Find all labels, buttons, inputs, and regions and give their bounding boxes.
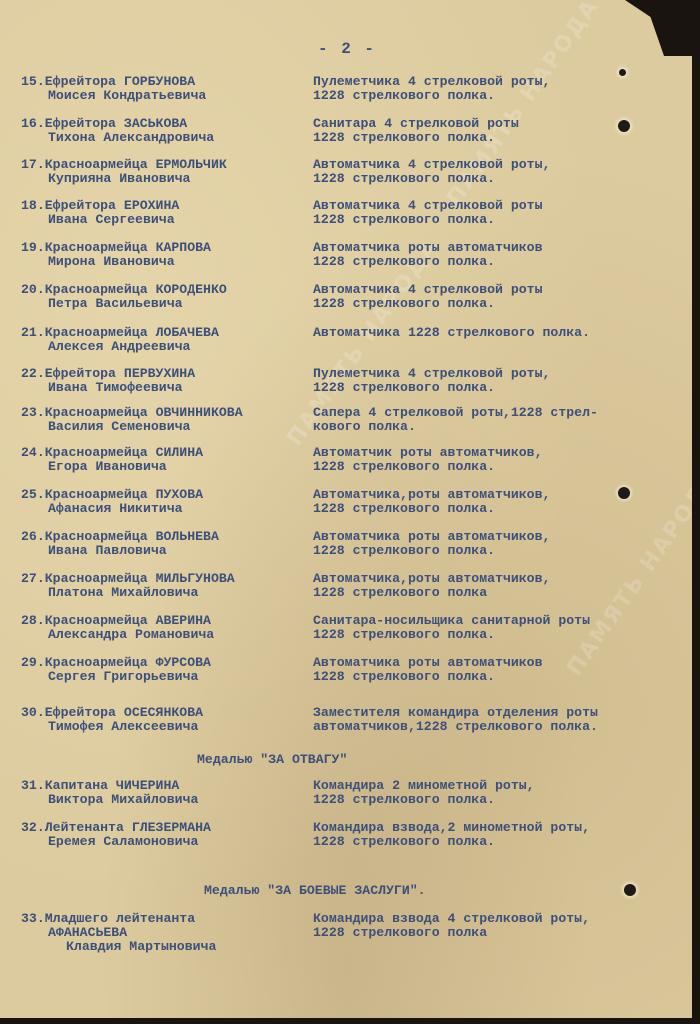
person-block: 26.Красноармейца ВОЛЬНЕВАИвана Павловича xyxy=(21,530,301,558)
given-name: Моисея Кондратьевича xyxy=(21,89,301,103)
rank: Красноармейца xyxy=(45,487,148,502)
person-block: 15.Ефрейтора ГОРБУНОВАМоисея Кондратьеви… xyxy=(21,75,301,103)
entry-number: 19. xyxy=(21,240,45,255)
given-name: Ивана Сергеевича xyxy=(21,213,301,227)
punch-hole xyxy=(624,884,636,896)
position-line: 1228 стрелкового полка. xyxy=(313,502,683,516)
given-name: Тихона Александровича xyxy=(21,131,301,145)
person-block: 18.Ефрейтора ЕРОХИНАИвана Сергеевича xyxy=(21,199,301,227)
surname: ФУРСОВА xyxy=(156,655,211,670)
surname: СИЛИНА xyxy=(156,445,203,460)
given-name: Сергея Григорьевича xyxy=(21,670,301,684)
entry-number: 31. xyxy=(21,778,45,793)
given-name: Мирона Ивановича xyxy=(21,255,301,269)
surname: КАРПОВА xyxy=(156,240,211,255)
position-line: 1228 стрелкового полка. xyxy=(313,381,683,395)
person-heading: 27.Красноармейца МИЛЬГУНОВА xyxy=(21,572,301,586)
position-block: Автоматчика,роты автоматчиков,1228 стрел… xyxy=(313,488,683,516)
person-heading: 28.Красноармейца АВЕРИНА xyxy=(21,614,301,628)
given-name: Еремея Саламоновича xyxy=(21,835,301,849)
position-line: Санитара-носильщика санитарной роты xyxy=(313,614,683,628)
surname: ПУХОВА xyxy=(156,487,203,502)
given-name: Куприяна Ивановича xyxy=(21,172,301,186)
rank: Ефрейтора xyxy=(45,116,116,131)
surname: ОСЕСЯНКОВА xyxy=(124,705,203,720)
given-name: Афанасия Никитича xyxy=(21,502,301,516)
torn-corner xyxy=(610,0,692,56)
given-name: Клавдия Мартыновича xyxy=(21,940,301,954)
position-line: Командира взвода 4 стрелковой роты, xyxy=(313,912,683,926)
position-block: Пулеметчика 4 стрелковой роты,1228 стрел… xyxy=(313,75,683,103)
surname: ЛОБАЧЕВА xyxy=(156,325,219,340)
surname: ЧИЧЕРИНА xyxy=(116,778,179,793)
person-heading: 24.Красноармейца СИЛИНА xyxy=(21,446,301,460)
position-block: Санитара 4 стрелковой роты1228 стрелково… xyxy=(313,117,683,145)
position-line: 1228 стрелкового полка xyxy=(313,586,683,600)
surname: КОРОДЕНКО xyxy=(156,282,227,297)
position-block: Автоматчика роты автоматчиков,1228 стрел… xyxy=(313,530,683,558)
person-heading: 20.Красноармейца КОРОДЕНКО xyxy=(21,283,301,297)
position-block: Автоматчика роты автоматчиков1228 стрелк… xyxy=(313,656,683,684)
entry-number: 30. xyxy=(21,705,45,720)
person-block: 16.Ефрейтора ЗАСЬКОВАТихона Александрови… xyxy=(21,117,301,145)
position-line: Автоматчика роты автоматчиков xyxy=(313,241,683,255)
given-name: Александра Романовича xyxy=(21,628,301,642)
person-block: 22.Ефрейтора ПЕРВУХИНАИвана Тимофеевича xyxy=(21,367,301,395)
entry-number: 26. xyxy=(21,529,45,544)
position-line: 1228 стрелкового полка. xyxy=(313,460,683,474)
position-block: Автоматчика,роты автоматчиков,1228 стрел… xyxy=(313,572,683,600)
surname: ПЕРВУХИНА xyxy=(124,366,195,381)
given-name: Ивана Павловича xyxy=(21,544,301,558)
entry-number: 16. xyxy=(21,116,45,131)
rank: Капитана xyxy=(45,778,108,793)
person-heading: 30.Ефрейтора ОСЕСЯНКОВА xyxy=(21,706,301,720)
person-block: 31.Капитана ЧИЧЕРИНАВиктора Михайловича xyxy=(21,779,301,807)
surname: ЕРМОЛЬЧИК xyxy=(156,157,227,172)
rank: Красноармейца xyxy=(45,571,148,586)
entry-number: 23. xyxy=(21,405,45,420)
entry-number: 28. xyxy=(21,613,45,628)
entry-number: 33. xyxy=(21,911,45,926)
given-name: Петра Васильевича xyxy=(21,297,301,311)
surname: ОВЧИННИКОВА xyxy=(156,405,243,420)
entry-number: 18. xyxy=(21,198,45,213)
position-line: Санитара 4 стрелковой роты xyxy=(313,117,683,131)
position-block: Пулеметчика 4 стрелковой роты,1228 стрел… xyxy=(313,367,683,395)
position-block: Автоматчика 4 стрелковой роты,1228 стрел… xyxy=(313,158,683,186)
entry-number: 17. xyxy=(21,157,45,172)
given-name: Алексея Андреевича xyxy=(21,340,301,354)
person-block: 25.Красноармейца ПУХОВААфанасия Никитича xyxy=(21,488,301,516)
person-block: 32.Лейтенанта ГЛЕЗЕРМАНАЕремея Саламонов… xyxy=(21,821,301,849)
person-block: 20.Красноармейца КОРОДЕНКОПетра Васильев… xyxy=(21,283,301,311)
surname: ВОЛЬНЕВА xyxy=(156,529,219,544)
entry-number: 21. xyxy=(21,325,45,340)
surname: МИЛЬГУНОВА xyxy=(156,571,235,586)
position-block: Автоматчика 4 стрелковой роты1228 стрелк… xyxy=(313,283,683,311)
rank: Красноармейца xyxy=(45,157,148,172)
person-block: 30.Ефрейтора ОСЕСЯНКОВАТимофея Алексееви… xyxy=(21,706,301,734)
rank: Красноармейца xyxy=(45,325,148,340)
position-block: Командира взвода 4 стрелковой роты,1228 … xyxy=(313,912,683,940)
position-line: Командира взвода,2 минометной роты, xyxy=(313,821,683,835)
person-block: 23.Красноармейца ОВЧИННИКОВАВасилия Семе… xyxy=(21,406,301,434)
rank: Красноармейца xyxy=(45,613,148,628)
position-line: Сапера 4 стрелковой роты,1228 стрел- xyxy=(313,406,683,420)
position-line: 1228 стрелкового полка. xyxy=(313,793,683,807)
rank: Красноармейца xyxy=(45,282,148,297)
rank: Лейтенанта xyxy=(45,820,124,835)
section-heading-bravery: Медалью "ЗА ОТВАГУ" xyxy=(197,752,347,767)
surname: ЕРОХИНА xyxy=(124,198,179,213)
given-name: Платона Михайловича xyxy=(21,586,301,600)
position-block: Командира 2 минометной роты,1228 стрелко… xyxy=(313,779,683,807)
position-block: Автоматчика роты автоматчиков1228 стрелк… xyxy=(313,241,683,269)
position-line: 1228 стрелкового полка. xyxy=(313,213,683,227)
person-block: 29.Красноармейца ФУРСОВАСергея Григорьев… xyxy=(21,656,301,684)
person-heading: 32.Лейтенанта ГЛЕЗЕРМАНА xyxy=(21,821,301,835)
position-line: кового полка. xyxy=(313,420,683,434)
rank: Красноармейца xyxy=(45,529,148,544)
position-line: Автоматчика,роты автоматчиков, xyxy=(313,488,683,502)
person-block: 27.Красноармейца МИЛЬГУНОВАПлатона Михай… xyxy=(21,572,301,600)
surname: АФАНАСЬЕВА xyxy=(21,926,301,940)
person-heading: 15.Ефрейтора ГОРБУНОВА xyxy=(21,75,301,89)
person-heading: 22.Ефрейтора ПЕРВУХИНА xyxy=(21,367,301,381)
person-block: 24.Красноармейца СИЛИНАЕгора Ивановича xyxy=(21,446,301,474)
person-heading: 17.Красноармейца ЕРМОЛЬЧИК xyxy=(21,158,301,172)
entry-number: 24. xyxy=(21,445,45,460)
position-line: 1228 стрелкового полка. xyxy=(313,131,683,145)
rank: Ефрейтора xyxy=(45,74,116,89)
position-line: Автоматчик роты автоматчиков, xyxy=(313,446,683,460)
entry-number: 25. xyxy=(21,487,45,502)
position-line: 1228 стрелкового полка. xyxy=(313,297,683,311)
position-line: 1228 стрелкового полка. xyxy=(313,89,683,103)
position-block: Санитара-носильщика санитарной роты1228 … xyxy=(313,614,683,642)
position-line: Автоматчика 4 стрелковой роты xyxy=(313,199,683,213)
given-name: Василия Семеновича xyxy=(21,420,301,434)
rank: Ефрейтора xyxy=(45,198,116,213)
page-number: - 2 - xyxy=(318,40,376,58)
rank: Красноармейца xyxy=(45,655,148,670)
person-heading: 26.Красноармейца ВОЛЬНЕВА xyxy=(21,530,301,544)
position-block: Заместителя командира отделения ротыавто… xyxy=(313,706,683,734)
entry-number: 22. xyxy=(21,366,45,381)
position-line: Автоматчика роты автоматчиков xyxy=(313,656,683,670)
rank: Младшего лейтенанта xyxy=(45,911,195,926)
rank: Ефрейтора xyxy=(45,366,116,381)
position-line: 1228 стрелкового полка. xyxy=(313,835,683,849)
given-name: Тимофея Алексеевича xyxy=(21,720,301,734)
person-heading: 16.Ефрейтора ЗАСЬКОВА xyxy=(21,117,301,131)
rank: Красноармейца xyxy=(45,240,148,255)
person-heading: 19.Красноармейца КАРПОВА xyxy=(21,241,301,255)
position-line: Заместителя командира отделения роты xyxy=(313,706,683,720)
position-line: 1228 стрелкового полка. xyxy=(313,670,683,684)
position-block: Автоматчик роты автоматчиков,1228 стрелк… xyxy=(313,446,683,474)
position-block: Сапера 4 стрелковой роты,1228 стрел-ково… xyxy=(313,406,683,434)
person-heading: 25.Красноармейца ПУХОВА xyxy=(21,488,301,502)
rank: Красноармейца xyxy=(45,445,148,460)
person-heading: 31.Капитана ЧИЧЕРИНА xyxy=(21,779,301,793)
position-block: Командира взвода,2 минометной роты,1228 … xyxy=(313,821,683,849)
position-line: Автоматчика,роты автоматчиков, xyxy=(313,572,683,586)
given-name: Ивана Тимофеевича xyxy=(21,381,301,395)
entry-number: 29. xyxy=(21,655,45,670)
position-line: Автоматчика роты автоматчиков, xyxy=(313,530,683,544)
person-heading: 29.Красноармейца ФУРСОВА xyxy=(21,656,301,670)
position-line: автоматчиков,1228 стрелкового полка. xyxy=(313,720,683,734)
person-block: 33.Младшего лейтенантаАФАНАСЬЕВАКлавдия … xyxy=(21,912,301,954)
section-heading-merit: Медалью "ЗА БОЕВЫЕ ЗАСЛУГИ". xyxy=(204,883,426,898)
person-block: 21.Красноармейца ЛОБАЧЕВААлексея Андреев… xyxy=(21,326,301,354)
given-name: Егора Ивановича xyxy=(21,460,301,474)
person-heading: 21.Красноармейца ЛОБАЧЕВА xyxy=(21,326,301,340)
given-name: Виктора Михайловича xyxy=(21,793,301,807)
position-line: 1228 стрелкового полка. xyxy=(313,172,683,186)
position-line: Автоматчика 4 стрелковой роты, xyxy=(313,158,683,172)
position-line: 1228 стрелкового полка. xyxy=(313,544,683,558)
entry-number: 20. xyxy=(21,282,45,297)
person-block: 28.Красноармейца АВЕРИНААлександра Роман… xyxy=(21,614,301,642)
surname: АВЕРИНА xyxy=(156,613,211,628)
position-line: Пулеметчика 4 стрелковой роты, xyxy=(313,75,683,89)
person-heading: 33.Младшего лейтенанта xyxy=(21,912,301,926)
position-line: 1228 стрелкового полка. xyxy=(313,255,683,269)
surname: ГЛЕЗЕРМАНА xyxy=(132,820,211,835)
entry-number: 27. xyxy=(21,571,45,586)
rank: Красноармейца xyxy=(45,405,148,420)
position-block: Автоматчика 4 стрелковой роты1228 стрелк… xyxy=(313,199,683,227)
position-line: 1228 стрелкового полка xyxy=(313,926,683,940)
position-line: Автоматчика 4 стрелковой роты xyxy=(313,283,683,297)
person-block: 17.Красноармейца ЕРМОЛЬЧИККуприяна Ивано… xyxy=(21,158,301,186)
surname: ЗАСЬКОВА xyxy=(124,116,187,131)
surname: ГОРБУНОВА xyxy=(124,74,195,89)
person-heading: 18.Ефрейтора ЕРОХИНА xyxy=(21,199,301,213)
position-line: 1228 стрелкового полка. xyxy=(313,628,683,642)
position-line: Командира 2 минометной роты, xyxy=(313,779,683,793)
person-block: 19.Красноармейца КАРПОВАМирона Ивановича xyxy=(21,241,301,269)
rank: Ефрейтора xyxy=(45,705,116,720)
position-line: Автоматчика 1228 стрелкового полка. xyxy=(313,326,683,340)
person-heading: 23.Красноармейца ОВЧИННИКОВА xyxy=(21,406,301,420)
entry-number: 15. xyxy=(21,74,45,89)
position-line: Пулеметчика 4 стрелковой роты, xyxy=(313,367,683,381)
position-block: Автоматчика 1228 стрелкового полка. xyxy=(313,326,683,340)
document-page: ПАМЯТЬ НАРОДА ПАМЯТЬ НАРОДА ПАМЯТЬ НАРОД… xyxy=(0,0,692,1018)
entry-number: 32. xyxy=(21,820,45,835)
